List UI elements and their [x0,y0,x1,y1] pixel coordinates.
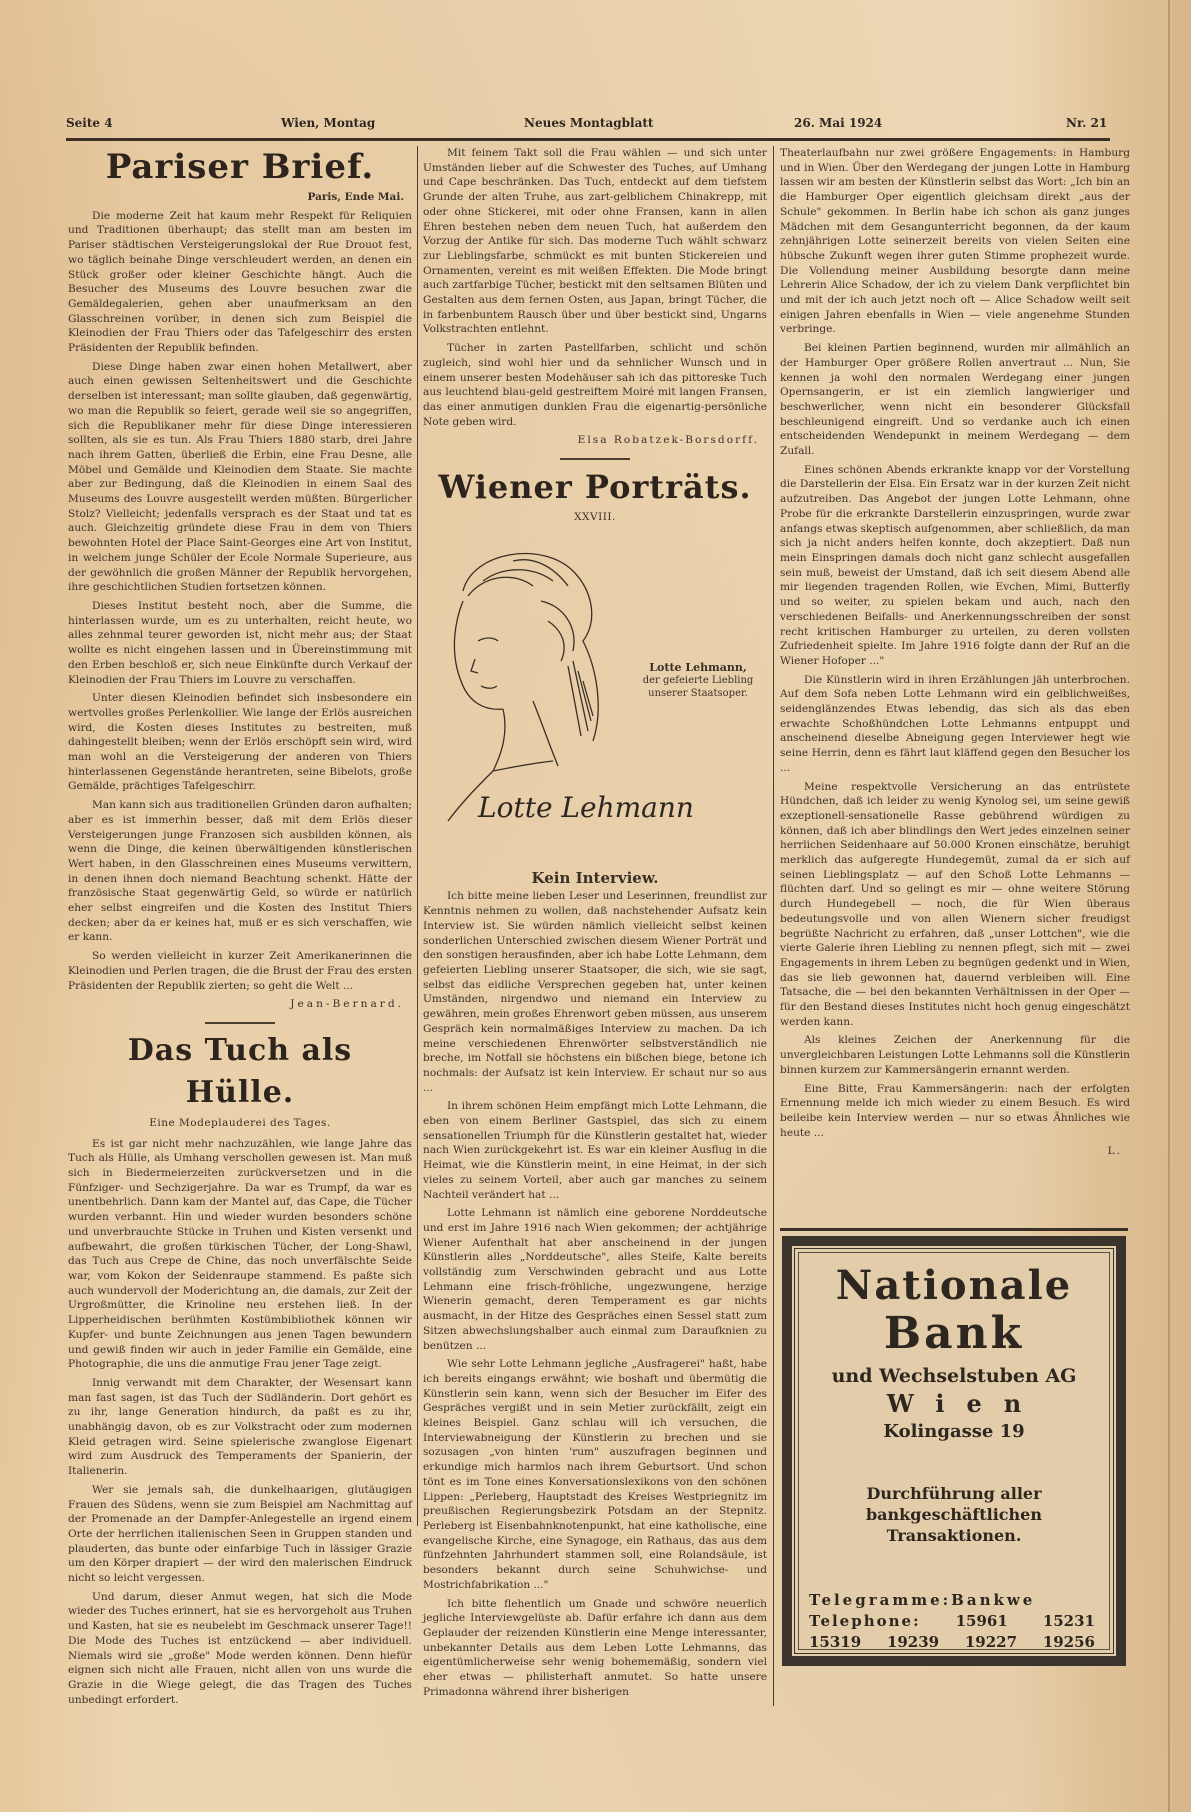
ad-telephone-row-2: 15319 19239 19227 19256 [809,1632,1113,1653]
column-divider-2 [773,146,774,1706]
masthead: Seite 4 Wien, Montag Neues Montagblatt 2… [66,116,1110,136]
ad-bank-name-line1: Nationale [795,1263,1113,1309]
paragraph: Bei kleinen Partien beginnend, wurden mi… [780,341,1130,459]
paragraph: Lotte Lehmann ist nämlich eine geborene … [423,1206,767,1353]
newspaper-name: Neues Montagblatt [524,116,653,130]
paragraph: Man kann sich aus traditionellen Gründen… [68,798,412,945]
portrait-illustration: Lotte Lehmann, der gefeierte Liebling un… [423,531,767,861]
telegram-label: Telegramme: [809,1590,951,1611]
paragraph: Innig verwandt mit dem Charakter, der We… [68,1376,412,1479]
ad-telegram: Telegramme: Bankwe [809,1590,1113,1611]
paragraph: Unter diesen Kleinodien befindet sich in… [68,691,412,794]
paragraph: Ich bitte meine lieben Leser und Leserin… [423,889,767,1095]
paragraph: In ihrem schönen Heim empfängt mich Lott… [423,1099,767,1202]
series-number: XXVIII. [423,510,767,525]
dateline: Paris, Ende Mai. [68,190,404,205]
signature: Lotte Lehmann [478,801,694,816]
paragraph: Die moderne Zeit hat kaum mehr Respekt f… [68,209,412,356]
author-byline: Jean-Bernard. [68,997,404,1012]
telegram-value: Bankwe [951,1590,1035,1611]
paragraph: Tücher in zarten Pastellfarben, schlicht… [423,341,767,429]
ad-service-line: Durchführung aller [795,1483,1113,1504]
paragraph: Wer sie jemals sah, die dunkelhaarigen, … [68,1483,412,1586]
section-separator [205,1022,275,1024]
ad-service-line: bankgeschäftlichen [795,1504,1113,1525]
advertisement-rule [780,1228,1128,1231]
phone-number: 19239 [887,1632,939,1653]
paragraph: Diese Dinge haben zwar einen hohen Metal… [68,360,412,595]
ad-contact: Telegramme: Bankwe Telephone: 15961 1523… [795,1590,1113,1653]
bank-advertisement: Nationale Bank und Wechselstuben AG Wien… [782,1236,1126,1666]
paragraph: Meine respektvolle Versicherung an das e… [780,780,1130,1030]
paragraph: Eines schönen Abends erkrankte knapp vor… [780,463,1130,669]
adjacent-page-edge [1172,0,1191,1812]
ad-city: Wien [795,1389,1113,1419]
author-byline: Elsa Robatzek-Borsdorff. [423,433,759,448]
section-separator [560,458,630,460]
article-title-wiener-portraets: Wiener Porträts. [423,466,767,508]
phone-number: 15961 [956,1611,1008,1632]
author-initial: L. [780,1144,1122,1159]
section-heading-kein-interview: Kein Interview. [423,871,767,886]
article-title-das-tuch: Das Tuch als Hülle. [68,1030,412,1114]
paragraph: Wie sehr Lotte Lehmann jegliche „Ausfrag… [423,1357,767,1592]
ad-bank-name-line2: Bank [795,1309,1113,1359]
portrait-caption: Lotte Lehmann, der gefeierte Liebling un… [633,661,763,700]
ad-bank-subtitle: und Wechselstuben AG [795,1363,1113,1389]
ad-address: Kolingasse 19 [795,1419,1113,1445]
paragraph: Ich bitte flehentlich um Gnade und schwö… [423,1597,767,1700]
portrait-drawing-icon [423,531,643,831]
paragraph: So werden vielleicht in kurzer Zeit Amer… [68,949,412,993]
page-fold-line [1168,0,1170,1812]
phone-number: 15319 [809,1632,861,1653]
caption-text: der gefeierte Liebling unserer Staatsope… [633,674,763,700]
caption-name: Lotte Lehmann, [633,661,763,674]
issue-date: 26. Mai 1924 [794,116,882,130]
issue-number: Nr. 21 [1066,116,1107,130]
column-divider-1 [417,146,418,1526]
column-3: Theaterlaufbahn nur zwei größere Engagem… [780,146,1130,1159]
masthead-rule [66,138,1110,141]
column-2: Mit feinem Takt soll die Frau wählen — u… [423,146,767,1703]
article-title-pariser-brief: Pariser Brief. [68,146,412,188]
phone-number: 19256 [1043,1632,1095,1653]
ad-telephone-row-1: Telephone: 15961 15231 [809,1611,1113,1632]
paragraph: Als kleines Zeichen der Anerkennung für … [780,1033,1130,1077]
phone-number: 15231 [1043,1611,1095,1632]
phone-number: 19227 [965,1632,1017,1653]
advertisement-frame: Nationale Bank und Wechselstuben AG Wien… [791,1245,1117,1657]
paragraph: Und darum, dieser Anmut wegen, hat sich … [68,1590,412,1708]
paragraph: Es ist gar nicht mehr nachzuzählen, wie … [68,1137,412,1372]
telephone-label: Telephone: [809,1611,921,1632]
paragraph: Mit feinem Takt soll die Frau wählen — u… [423,146,767,337]
article-subtitle: Eine Modeplauderei des Tages. [68,1116,412,1131]
ad-service-line: Transaktionen. [795,1525,1113,1546]
column-1: Pariser Brief. Paris, Ende Mai. Die mode… [68,146,412,1711]
paragraph: Die Künstlerin wird in ihren Erzählungen… [780,673,1130,776]
place-day: Wien, Montag [281,116,375,130]
paragraph: Dieses Institut besteht noch, aber die S… [68,599,412,687]
paragraph: Theaterlaufbahn nur zwei größere Engagem… [780,146,1130,337]
ad-services: Durchführung aller bankgeschäftlichen Tr… [795,1483,1113,1546]
paragraph: Eine Bitte, Frau Kammersängerin: nach de… [780,1082,1130,1141]
page-number: Seite 4 [66,116,113,130]
